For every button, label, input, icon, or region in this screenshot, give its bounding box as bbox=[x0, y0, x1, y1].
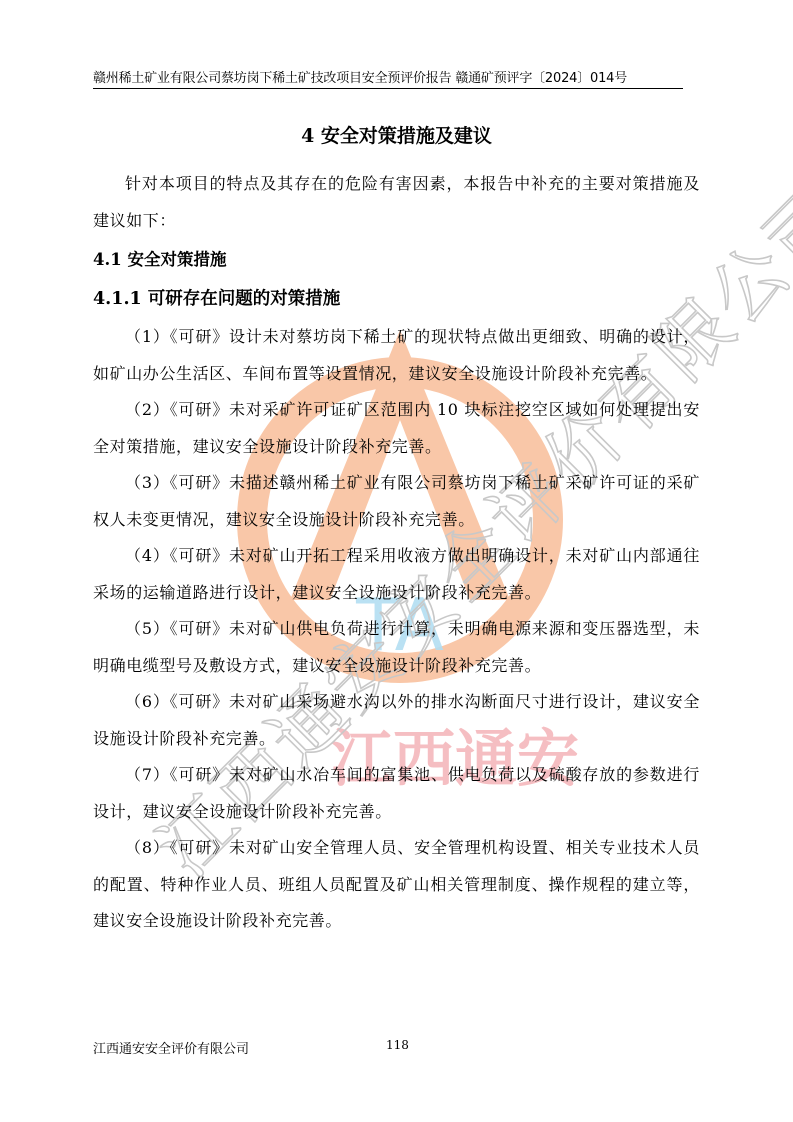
list-item: （4）《可研》未对矿山开拓工程采用收液方做出明确设计，未对矿山内部通往采场的运输… bbox=[93, 538, 700, 611]
list-item: （7）《可研》未对矿山水冶车间的富集池、供电负荷以及硫酸存放的参数进行设计，建议… bbox=[93, 757, 700, 830]
list-item: （1）《可研》设计未对蔡坊岗下稀土矿的现状特点做出更细致、明确的设计，如矿山办公… bbox=[93, 319, 700, 392]
document-body: 4 安全对策措施及建议 针对本项目的特点及其存在的危险有害因素，本报告中补充的主… bbox=[93, 118, 700, 940]
footer-company: 江西通安安全评价有限公司 bbox=[93, 1038, 249, 1057]
chapter-title: 4 安全对策措施及建议 bbox=[93, 118, 700, 154]
page-number: 118 bbox=[386, 1038, 409, 1052]
page-header: 赣州稀土矿业有限公司蔡坊岗下稀土矿技改项目安全预评价报告 赣通矿预评字〔2024… bbox=[93, 70, 683, 89]
subsection-heading: 4.1.1 可研存在问题的对策措施 bbox=[93, 279, 700, 319]
list-item: （8）《可研》未对矿山安全管理人员、安全管理机构设置、相关专业技术人员的配置、特… bbox=[93, 830, 700, 940]
section-heading: 4.1 安全对策措施 bbox=[93, 241, 700, 279]
list-item: （2）《可研》未对采矿许可证矿区范围内 10 块标注挖空区域如何处理提出安全对策… bbox=[93, 392, 700, 465]
list-item: （6）《可研》未对矿山采场避水沟以外的排水沟断面尺寸进行设计，建议安全设施设计阶… bbox=[93, 684, 700, 757]
list-item: （3）《可研》未描述赣州稀土矿业有限公司蔡坊岗下稀土矿采矿许可证的采矿权人未变更… bbox=[93, 465, 700, 538]
intro-paragraph: 针对本项目的特点及其存在的危险有害因素，本报告中补充的主要对策措施及建议如下： bbox=[93, 166, 700, 239]
list-item: （5）《可研》未对矿山供电负荷进行计算，未明确电源来源和变压器选型，未明确电缆型… bbox=[93, 611, 700, 684]
